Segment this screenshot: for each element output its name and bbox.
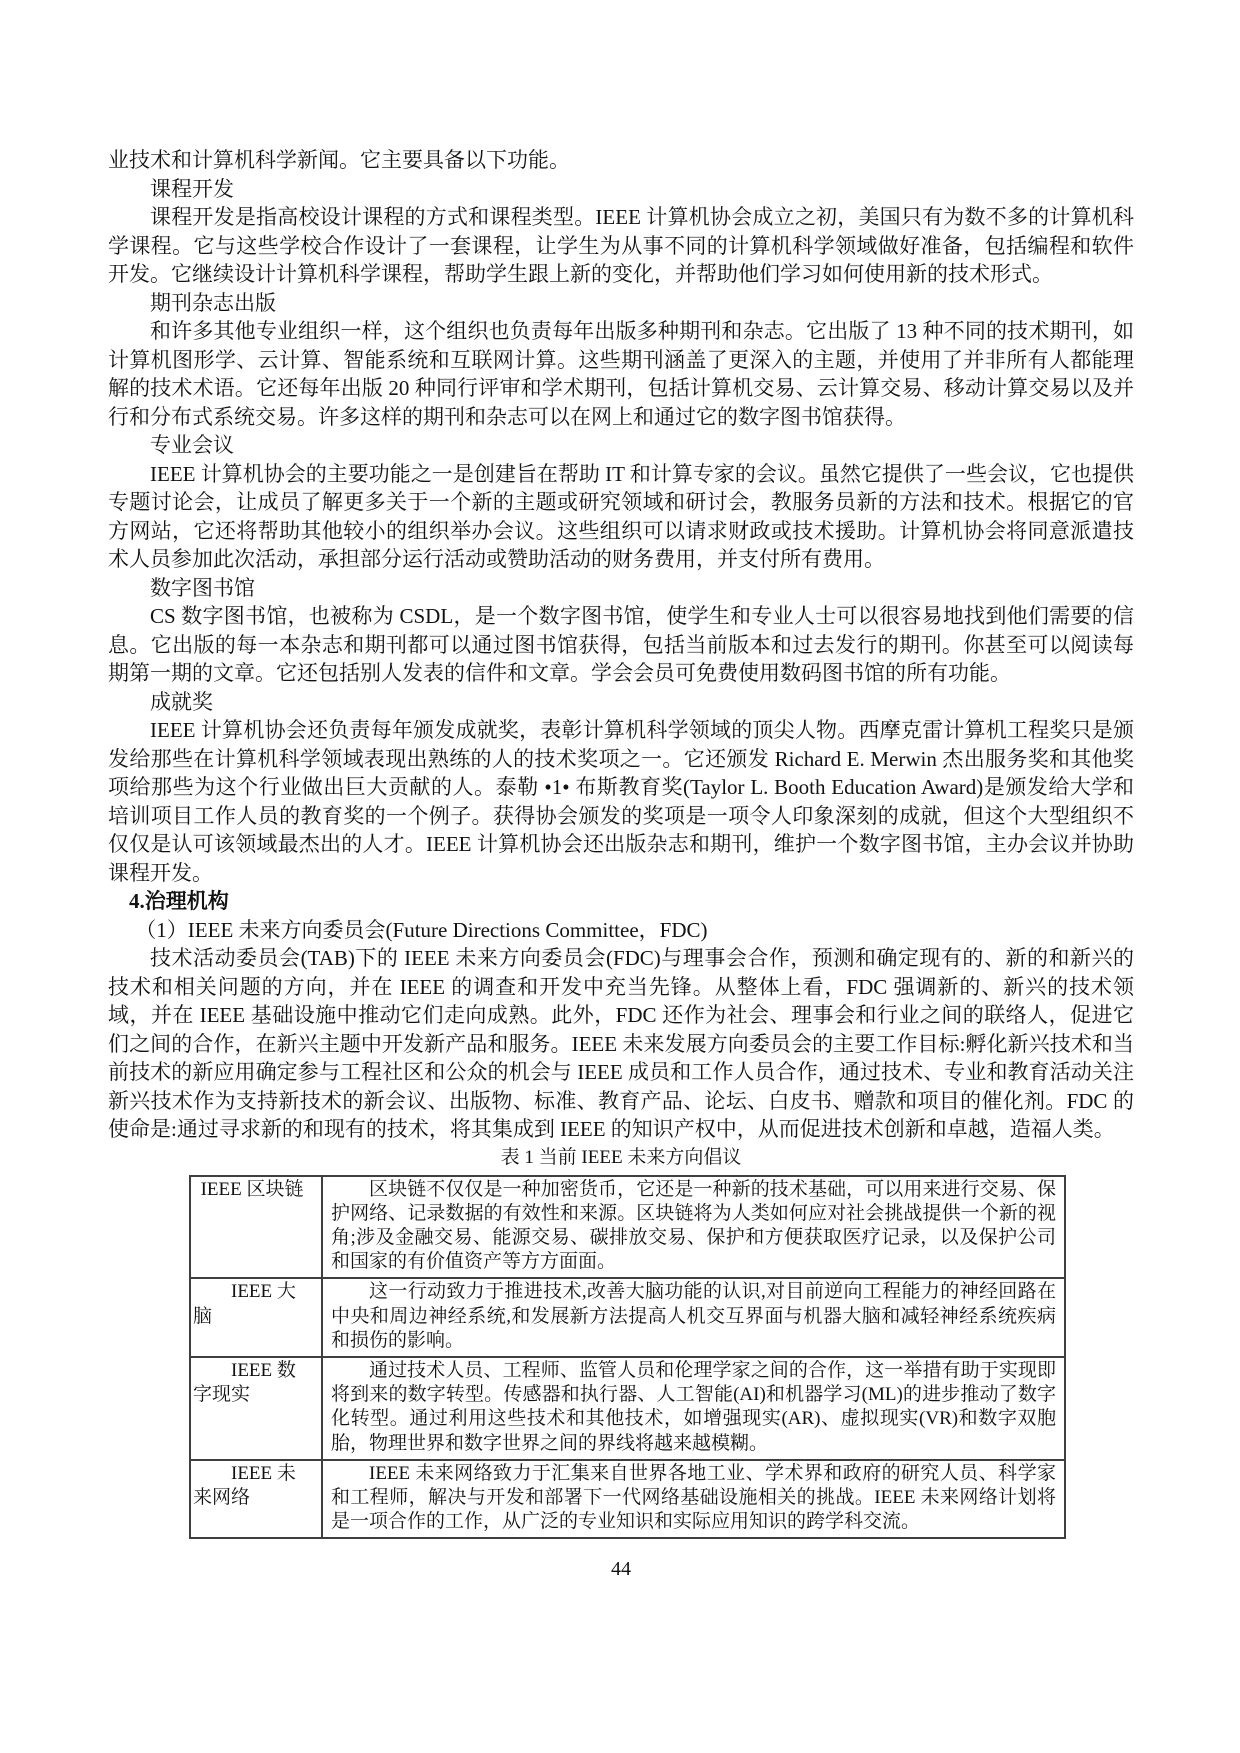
- section-heading-governance: 4.治理机构: [108, 887, 1134, 916]
- body-paragraph: 课程开发是指高校设计课程的方式和课程类型。IEEE 计算机协会成立之初，美国只有…: [108, 203, 1134, 289]
- page-number: 44: [108, 1556, 1134, 1582]
- initiative-description: 通过技术人员、工程师、监管人员和伦理学家之间的合作，这一举措有助于实现即将到来的…: [322, 1357, 1065, 1460]
- body-paragraph: IEEE 计算机协会的主要功能之一是创建旨在帮助 IT 和计算专家的会议。虽然它…: [108, 460, 1134, 574]
- subheading-digital-library: 数字图书馆: [108, 574, 1134, 603]
- subheading-course-development: 课程开发: [108, 175, 1134, 204]
- initiative-description: 区块链不仅仅是一种加密货币，它还是一种新的技术基础，可以用来进行交易、保护网络、…: [322, 1176, 1065, 1279]
- body-paragraph: 业技术和计算机科学新闻。它主要具备以下功能。: [108, 146, 1134, 175]
- initiative-description: IEEE 未来网络致力于汇集来自世界各地工业、学术界和政府的研究人员、科学家和工…: [322, 1460, 1065, 1539]
- document-page: 业技术和计算机科学新闻。它主要具备以下功能。 课程开发 课程开发是指高校设计课程…: [0, 0, 1240, 1753]
- body-paragraph: CS 数字图书馆，也被称为 CSDL，是一个数字图书馆，使学生和专业人士可以很容…: [108, 602, 1134, 688]
- document-body: 业技术和计算机科学新闻。它主要具备以下功能。 课程开发 课程开发是指高校设计课程…: [108, 146, 1134, 1582]
- initiative-name: IEEE 数 字现实: [190, 1357, 322, 1460]
- subheading-journal-publishing: 期刊杂志出版: [108, 289, 1134, 318]
- initiative-name: IEEE 区块链: [190, 1176, 322, 1279]
- table-caption: 表 1 当前 IEEE 未来方向倡议: [108, 1146, 1134, 1170]
- body-paragraph: IEEE 计算机协会还负责每年颁发成就奖，表彰计算机科学领域的顶尖人物。西摩克雷…: [108, 716, 1134, 887]
- initiative-name: IEEE 大 脑: [190, 1278, 322, 1357]
- body-paragraph: 技术活动委员会(TAB)下的 IEEE 未来方向委员会(FDC)与理事会合作，预…: [108, 944, 1134, 1144]
- body-paragraph: 和许多其他专业组织一样，这个组织也负责每年出版多种期刊和杂志。它出版了 13 种…: [108, 317, 1134, 431]
- future-directions-table: IEEE 区块链 区块链不仅仅是一种加密货币，它还是一种新的技术基础，可以用来进…: [189, 1175, 1066, 1540]
- subheading-professional-conferences: 专业会议: [108, 431, 1134, 460]
- subheading-achievement-awards: 成就奖: [108, 688, 1134, 717]
- initiative-name: IEEE 未 来网络: [190, 1460, 322, 1539]
- initiative-description: 这一行动致力于推进技术,改善大脑功能的认识,对目前逆向工程能力的神经回路在中央和…: [322, 1278, 1065, 1357]
- item-heading-fdc: （1）IEEE 未来方向委员会(Future Directions Commit…: [108, 916, 1134, 945]
- table-row: IEEE 数 字现实 通过技术人员、工程师、监管人员和伦理学家之间的合作，这一举…: [190, 1357, 1065, 1460]
- table-row: IEEE 区块链 区块链不仅仅是一种加密货币，它还是一种新的技术基础，可以用来进…: [190, 1176, 1065, 1279]
- table-row: IEEE 大 脑 这一行动致力于推进技术,改善大脑功能的认识,对目前逆向工程能力…: [190, 1278, 1065, 1357]
- table-row: IEEE 未 来网络 IEEE 未来网络致力于汇集来自世界各地工业、学术界和政府…: [190, 1460, 1065, 1539]
